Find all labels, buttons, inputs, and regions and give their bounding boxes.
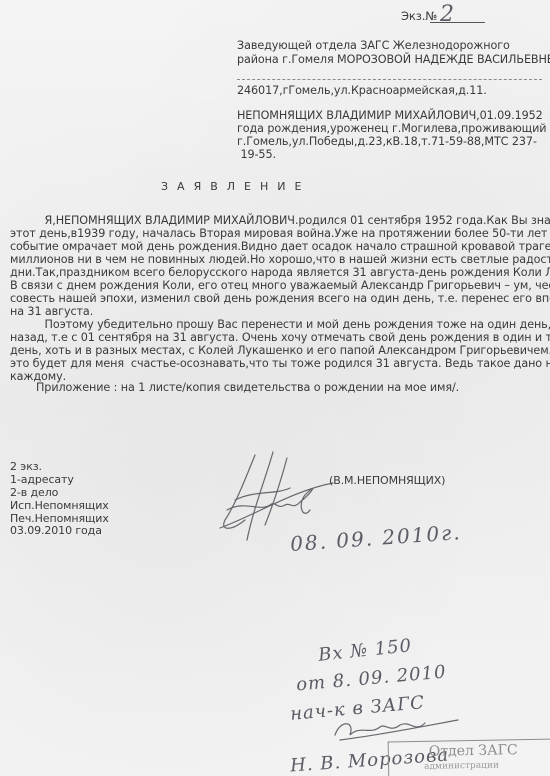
sender-line-4: 19-55. <box>237 148 276 162</box>
body-line: Я,НЕПОМНЯЩИХ ВЛАДИМИР МИХАЙЛОВИЧ.родился… <box>10 214 545 228</box>
dashed-separator <box>237 79 542 80</box>
document-title: ЗАЯВЛЕНИЕ <box>161 180 310 194</box>
body-line: миллионов ни в чем не повинных людей.Но … <box>10 253 545 267</box>
distribution-line: 03.09.2010 года <box>10 525 102 538</box>
body-line: на 31 августа. <box>10 305 545 319</box>
registration-date: от 8. 09. 2010 <box>295 661 447 695</box>
scanned-paper: Экз.№ 2 Заведующей отдела ЗАГС Железнодо… <box>0 0 550 776</box>
registry-stamp: Отдел ЗАГС администрации <box>388 739 550 776</box>
attachment-note: Приложение : на 1 листе/копия свидетельс… <box>36 381 459 395</box>
recipient-address: 246017,гГомель,ул.Красноармейская,д.11. <box>237 84 487 98</box>
copy-number-label: Экз.№ <box>401 9 437 23</box>
stamp-line-1: Отдел ЗАГС <box>429 742 518 760</box>
distribution-line: 2-в дело <box>10 487 58 500</box>
sender-line-3: г.Гомель,ул.Победы,д.23,кВ.18,т.71-59-88… <box>237 135 537 149</box>
body-line: В связи с днем рождения Коли, его отец м… <box>10 279 545 293</box>
sender-line-1: НЕПОМНЯЩИХ ВЛАДИМИР МИХАЙЛОВИЧ,01.09.195… <box>237 109 543 123</box>
body-line: совесть нашей эпохи, изменил свой день р… <box>10 292 545 306</box>
body-line: дни.Так,праздником всего белорусского на… <box>10 266 545 280</box>
distribution-line: 2 экз. <box>10 461 42 474</box>
distribution-line: Исп.Непомнящих <box>10 500 109 513</box>
recipient-line-1: Заведующей отдела ЗАГС Железнодорожного <box>237 39 510 53</box>
sender-line-2: года рождения,уроженец г.Могилева,прожив… <box>237 122 546 136</box>
registration-number: Вх № 150 <box>317 635 413 666</box>
body-line: этот день,в1939 году, началась Вторая ми… <box>10 227 545 241</box>
body-line: день, хоть и в разных местах, с Колей Лу… <box>10 344 545 358</box>
body-line: Поэтому убедительно прошу Вас перенести … <box>10 318 545 332</box>
stamp-line-2: администрации <box>424 761 499 772</box>
signatory-name: (В.М.НЕПОМНЯЩИХ) <box>329 474 445 488</box>
distribution-line: 1-адресату <box>10 474 74 487</box>
recipient-line-2: района г.Гомеля МОРОЗОВОЙ НАДЕЖДЕ ВАСИЛЬ… <box>237 53 550 67</box>
body-line: это будет для меня счастье-осознавать,чт… <box>10 357 545 371</box>
copy-number-handwritten: 2 <box>440 2 454 27</box>
copy-number-underline <box>430 22 485 23</box>
body-line: назад, т.е с 01 сентября на 31 августа. … <box>10 331 545 345</box>
body-line: событие омрачает мой день рождения.Видно… <box>10 240 545 254</box>
